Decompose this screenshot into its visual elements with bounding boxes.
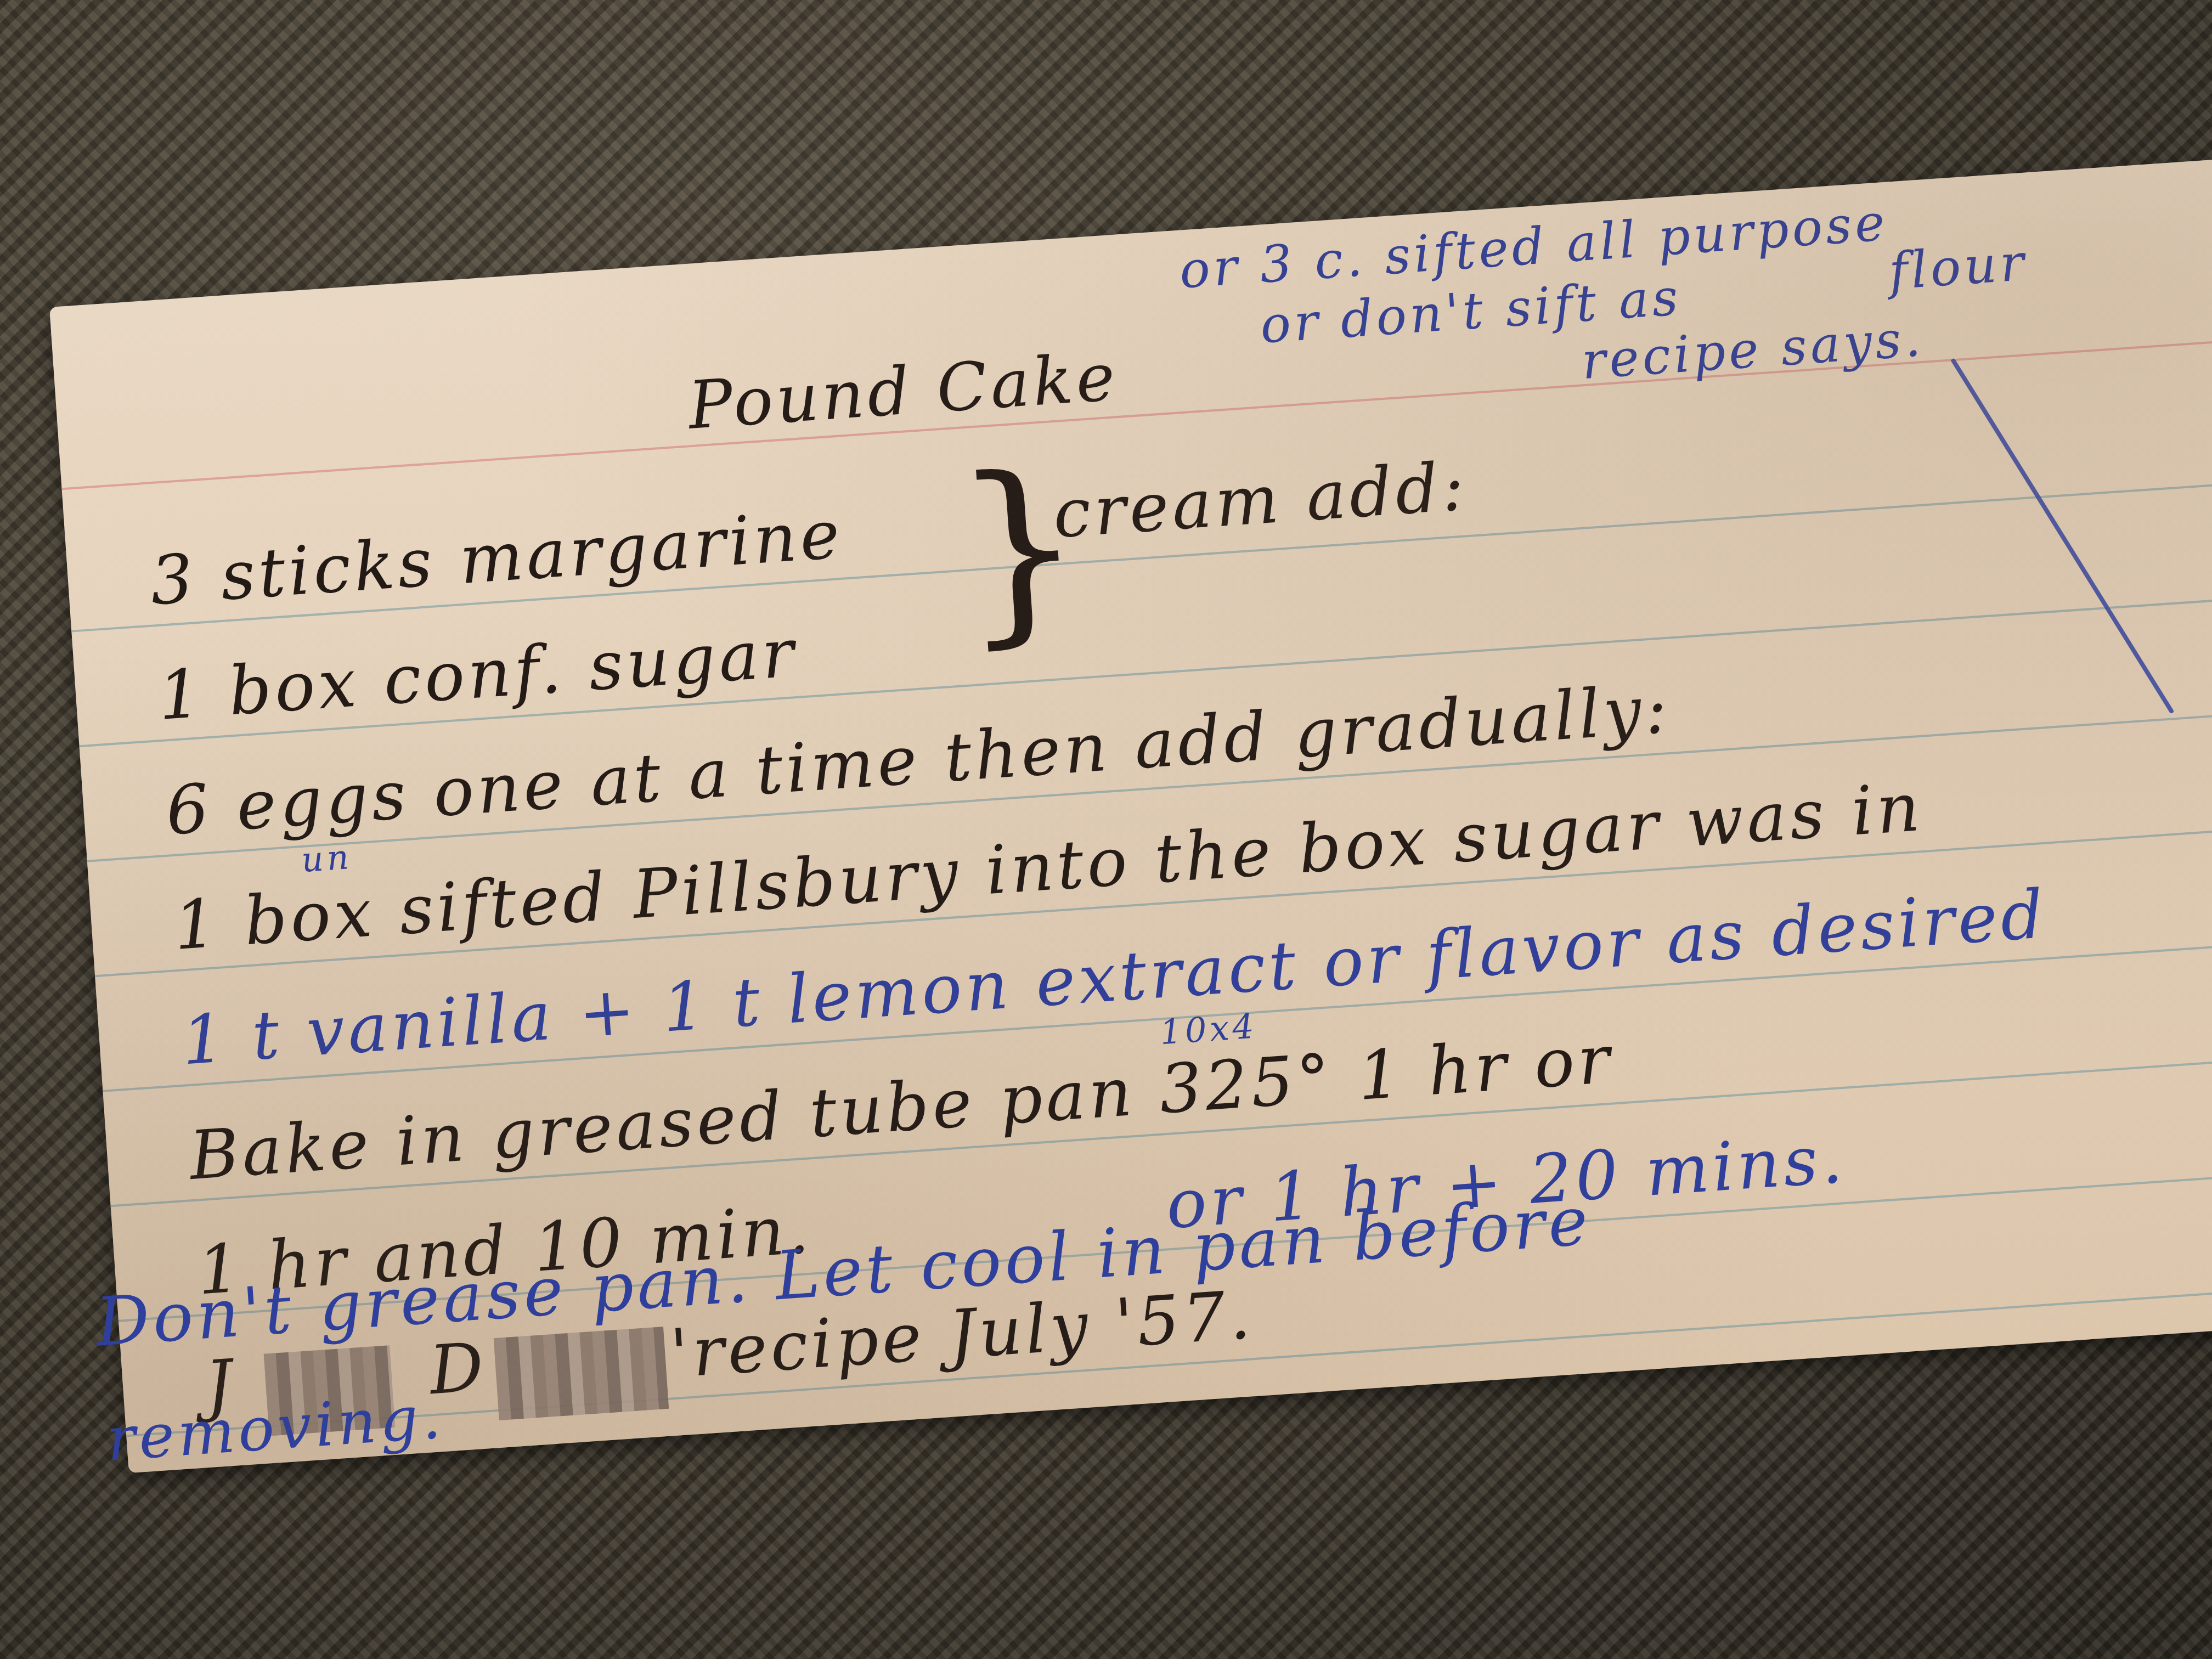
margin-note-arrow: [1950, 358, 2174, 714]
redacted-name-2: [494, 1327, 669, 1420]
superscript-un: un: [300, 837, 353, 880]
cream-add-note: cream add:: [1051, 447, 1470, 553]
margin-note-flour: flour: [1887, 233, 2029, 301]
ingredient-sugar: 1 box conf. sugar: [156, 614, 800, 735]
recipe-title: Pound Cake: [686, 339, 1120, 444]
